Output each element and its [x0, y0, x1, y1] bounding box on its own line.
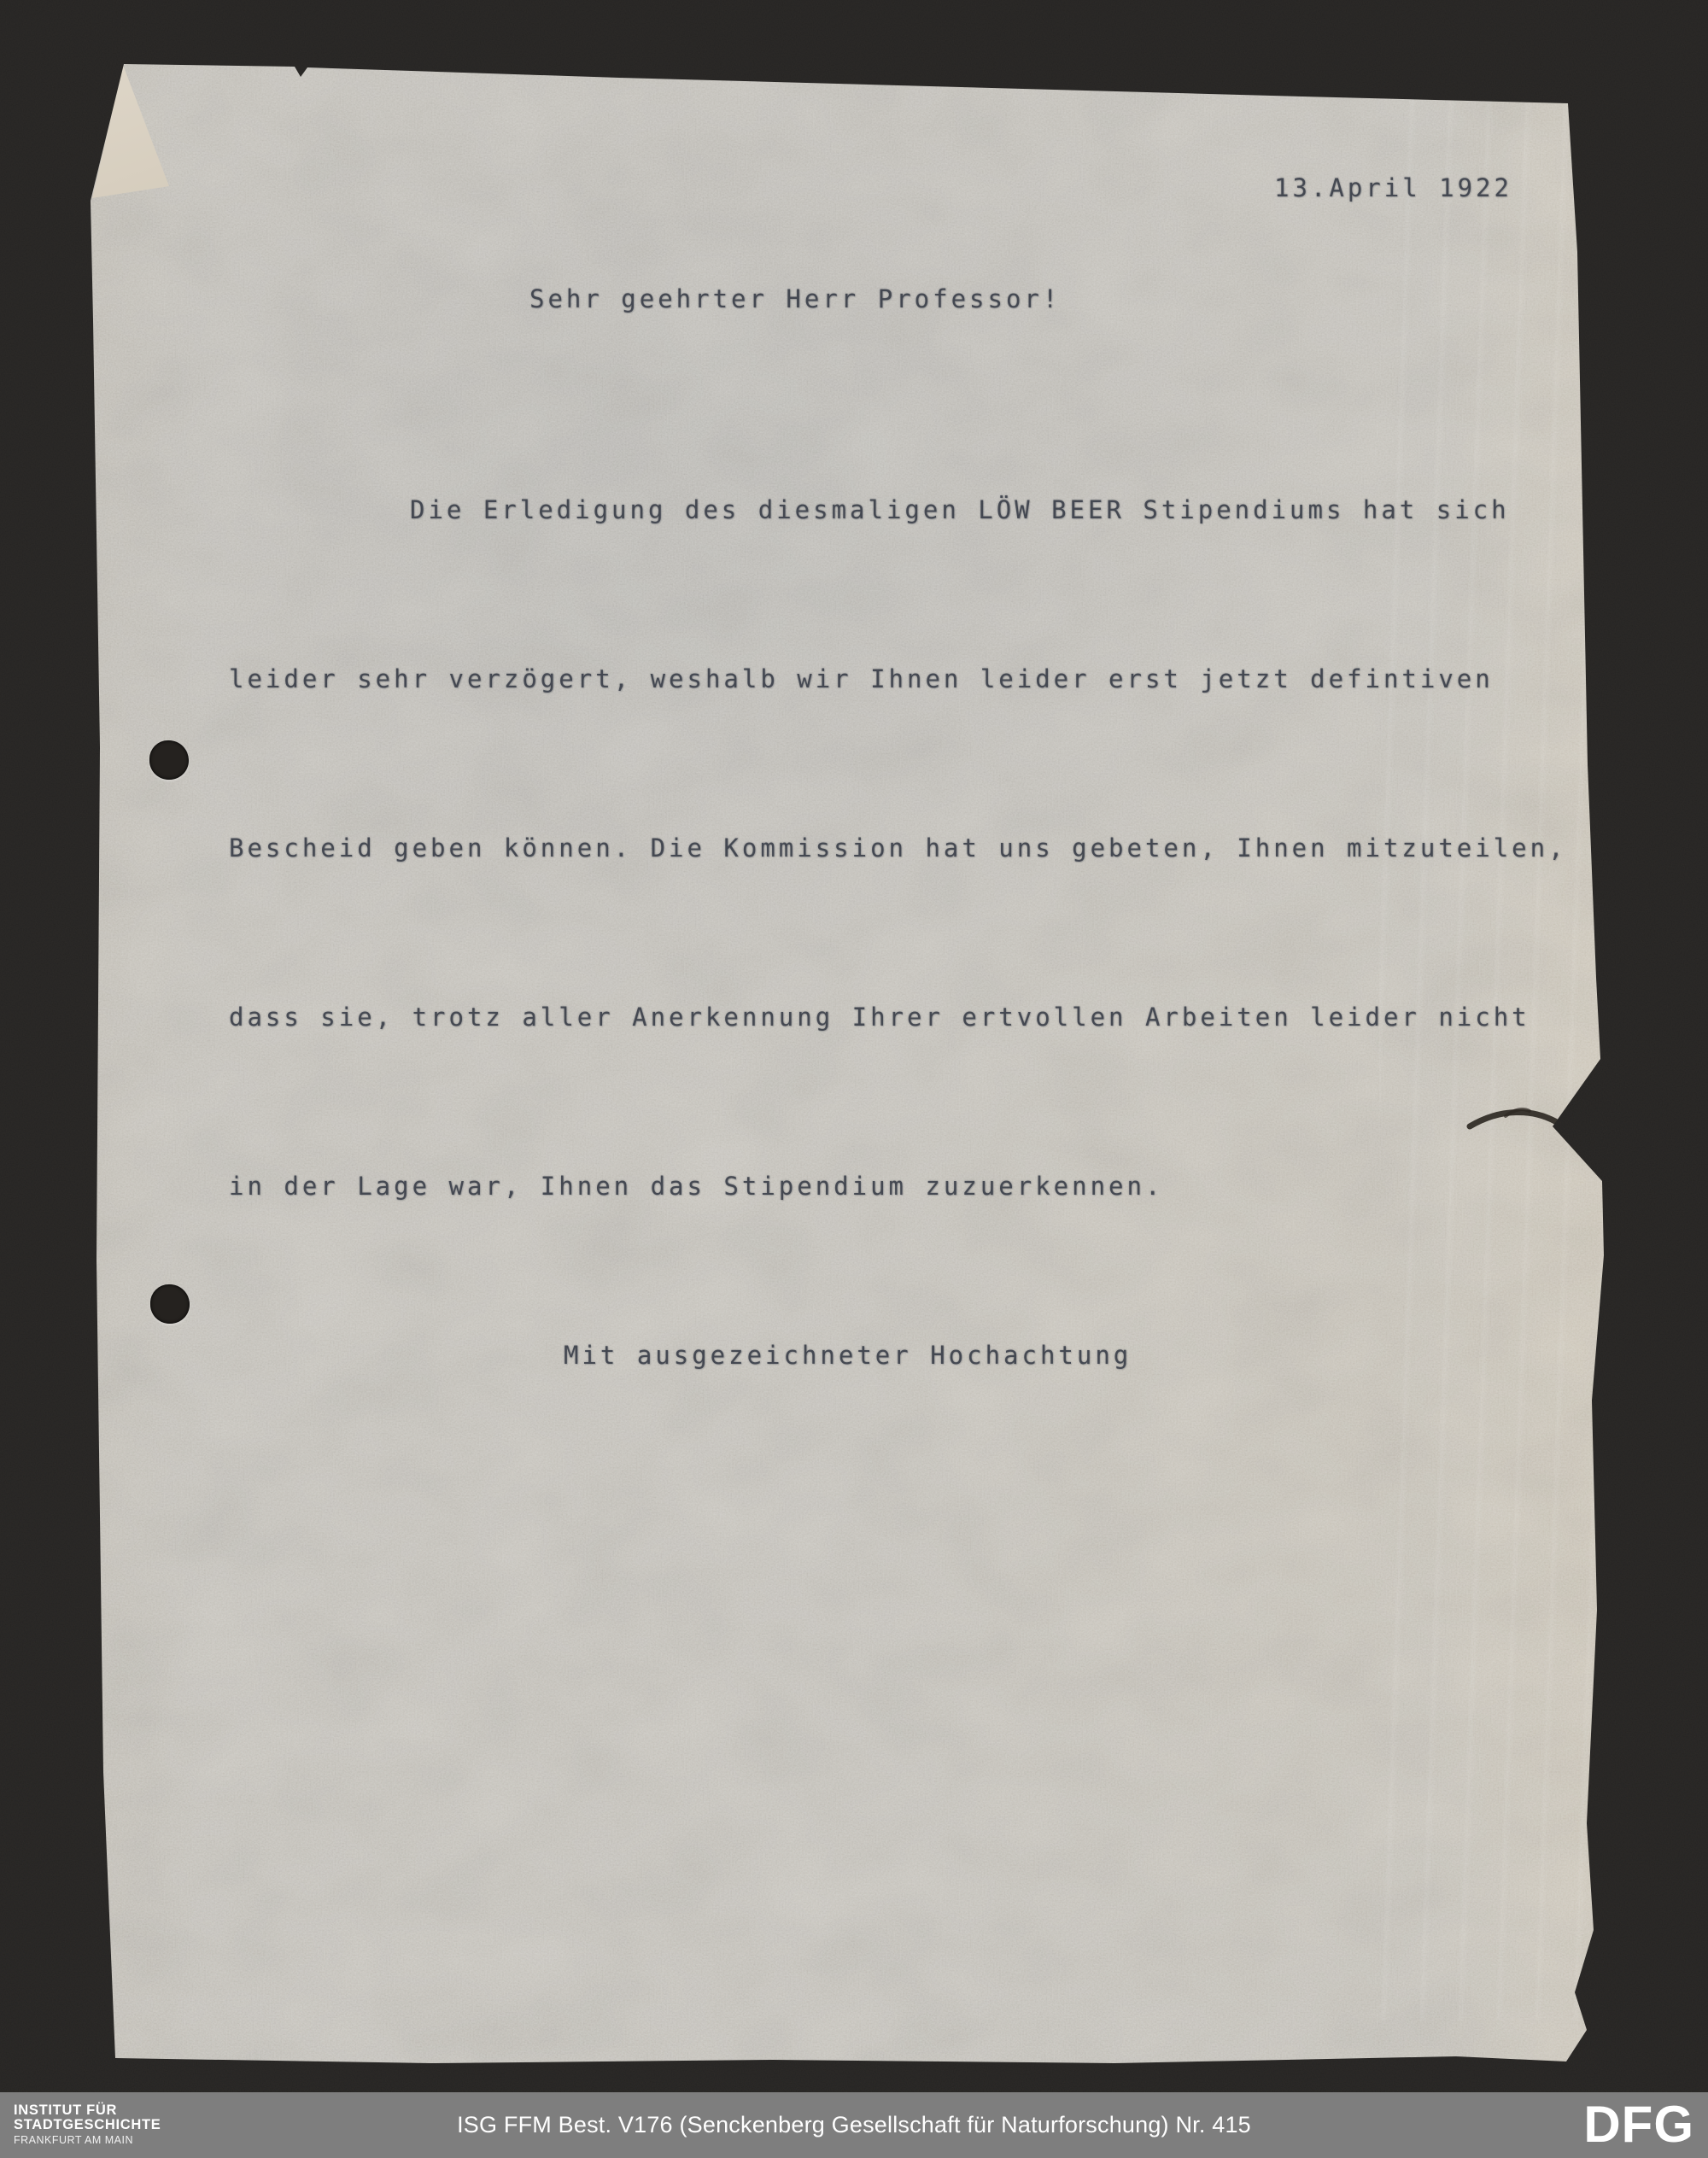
- letter-body-line: dass sie, trotz aller Anerkennung Ihrer …: [229, 989, 1567, 1045]
- punch-hole-bottom: [150, 1284, 190, 1324]
- letter-closing: Mit ausgezeichneter Hochachtung: [229, 1327, 1567, 1383]
- scan-viewer-stage: 13.April 1922 Sehr geehrter Herr Profess…: [0, 0, 1708, 2158]
- dfg-logo: DFG: [1583, 2095, 1694, 2154]
- letter-body-line: Bescheid geben können. Die Kommission ha…: [229, 820, 1567, 876]
- folded-corner: [90, 64, 201, 213]
- letter-body-line: in der Lage war, Ihnen das Stipendium zu…: [229, 1158, 1567, 1214]
- scanned-letter-page: 13.April 1922 Sehr geehrter Herr Profess…: [90, 64, 1610, 2067]
- letter-body-line: leider sehr verzögert, weshalb wir Ihnen…: [229, 651, 1567, 707]
- archive-reference: ISG FFM Best. V176 (Senckenberg Gesellsc…: [0, 2092, 1708, 2158]
- letter-body: Die Erledigung des diesmaligen LÖW BEER …: [229, 369, 1567, 1496]
- punch-hole-top: [149, 740, 189, 780]
- archive-footer-bar: INSTITUT FÜR STADTGESCHICHTE FRANKFURT A…: [0, 2092, 1708, 2158]
- letter-body-line: Die Erledigung des diesmaligen LÖW BEER …: [229, 482, 1567, 538]
- letter-date: 13.April 1922: [1274, 173, 1512, 202]
- letter-salutation: Sehr geehrter Herr Professor!: [529, 284, 1061, 313]
